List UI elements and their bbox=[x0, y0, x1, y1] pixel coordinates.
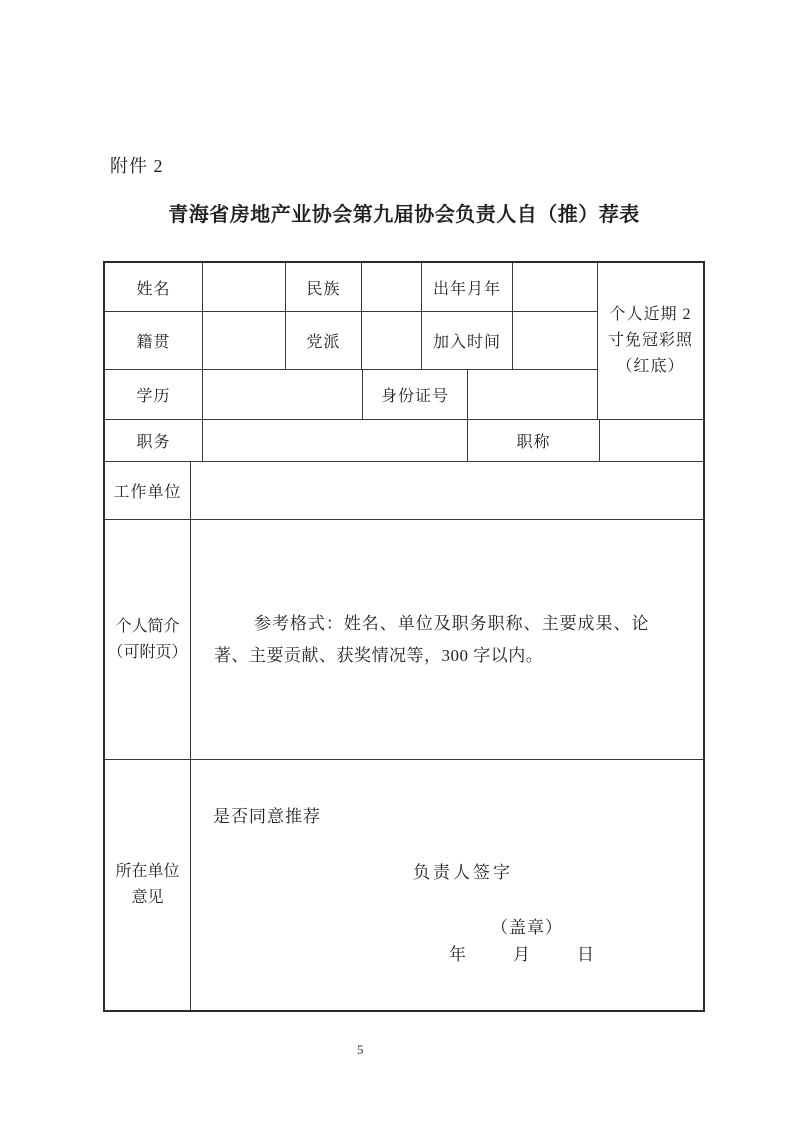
join-time-field bbox=[513, 312, 598, 369]
agree-recommend-text: 是否同意推荐 bbox=[213, 802, 321, 827]
personal-info-section: 姓名 民族 出年月年 籍贯 党派 加入时间 学历 bbox=[105, 263, 703, 420]
date-month-label: 月 bbox=[513, 940, 531, 965]
id-number-field bbox=[468, 370, 598, 419]
birthdate-label: 出年月年 bbox=[422, 263, 513, 311]
party-field bbox=[362, 312, 422, 369]
date-day-label: 日 bbox=[577, 940, 595, 965]
photo-note-line: （红底） bbox=[616, 354, 684, 380]
row-name-ethnicity-birth: 姓名 民族 出年月年 bbox=[105, 263, 598, 312]
unit-opinion-label-line: 意见 bbox=[131, 885, 163, 911]
attachment-label: 附件 2 bbox=[110, 152, 164, 178]
seal-text: （盖章） bbox=[491, 913, 563, 938]
birthdate-field bbox=[513, 263, 598, 311]
position-label: 职务 bbox=[105, 420, 203, 461]
name-label: 姓名 bbox=[105, 263, 203, 311]
page-title: 青海省房地产业协会第九届协会负责人自（推）荐表 bbox=[103, 198, 705, 227]
signature-text: 负责人签字 bbox=[413, 858, 513, 883]
date-year-label: 年 bbox=[449, 940, 467, 965]
native-place-label: 籍贯 bbox=[105, 312, 203, 369]
photo-note-line: 个人近期 2 bbox=[609, 302, 691, 328]
row-profile: 个人简介 （可附页） 参考格式：姓名、单位及职务职称、主要成果、论著、主要贡献、… bbox=[105, 520, 703, 760]
row-nativeplace-party-join: 籍贯 党派 加入时间 bbox=[105, 312, 598, 370]
page-number: 5 bbox=[357, 1042, 364, 1058]
job-title-field bbox=[600, 420, 703, 461]
education-field bbox=[203, 370, 363, 419]
row-position-jobtitle: 职务 职称 bbox=[105, 420, 703, 462]
work-unit-field bbox=[191, 462, 703, 519]
row-work-unit: 工作单位 bbox=[105, 462, 703, 520]
profile-label: 个人简介 （可附页） bbox=[105, 520, 191, 759]
profile-label-line: 个人简介 bbox=[115, 614, 179, 640]
party-label: 党派 bbox=[286, 312, 362, 369]
form-table: 姓名 民族 出年月年 籍贯 党派 加入时间 学历 bbox=[103, 261, 705, 1012]
ethnicity-field bbox=[362, 263, 422, 311]
photo-note-line: 寸免冠彩照 bbox=[608, 328, 693, 354]
join-time-label: 加入时间 bbox=[422, 312, 513, 369]
ethnicity-label: 民族 bbox=[286, 263, 362, 311]
education-label: 学历 bbox=[105, 370, 203, 419]
photo-placeholder: 个人近期 2 寸免冠彩照 （红底） bbox=[598, 263, 703, 419]
work-unit-label: 工作单位 bbox=[105, 462, 191, 519]
row-unit-opinion: 所在单位 意见 是否同意推荐 负责人签字 （盖章） 年 月 日 bbox=[105, 760, 703, 1010]
job-title-label: 职称 bbox=[468, 420, 600, 461]
native-place-field bbox=[203, 312, 286, 369]
unit-opinion-label: 所在单位 意见 bbox=[105, 760, 191, 1010]
position-field bbox=[203, 420, 468, 461]
profile-label-line: （可附页） bbox=[107, 640, 187, 666]
name-field bbox=[203, 263, 286, 311]
id-number-label: 身份证号 bbox=[363, 370, 468, 419]
profile-instructions: 参考格式：姓名、单位及职务职称、主要成果、论著、主要贡献、获奖情况等，300 字… bbox=[214, 608, 649, 672]
row-education-id: 学历 身份证号 bbox=[105, 370, 598, 419]
unit-opinion-content-cell: 是否同意推荐 负责人签字 （盖章） 年 月 日 bbox=[191, 760, 703, 1010]
profile-content-cell: 参考格式：姓名、单位及职务职称、主要成果、论著、主要贡献、获奖情况等，300 字… bbox=[191, 520, 703, 759]
date-line: 年 月 日 bbox=[449, 940, 595, 965]
unit-opinion-label-line: 所在单位 bbox=[115, 859, 179, 885]
